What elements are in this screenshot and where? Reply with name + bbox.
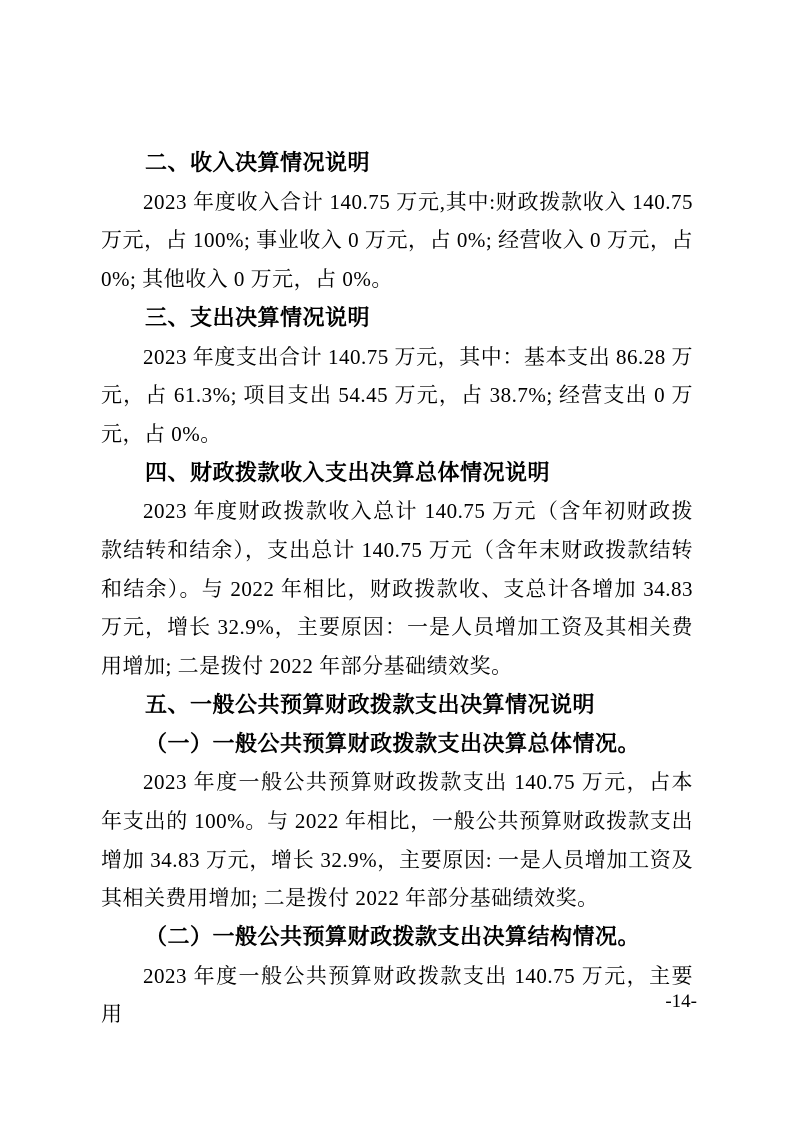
heading-general-budget-expenditure: 五、一般公共预算财政拨款支出决算情况说明 (101, 686, 693, 725)
document-page: 二、收入决算情况说明 2023 年度收入合计 140.75 万元,其中:财政拨款… (0, 0, 793, 1122)
page-number: -14- (665, 991, 697, 1013)
document-body: 二、收入决算情况说明 2023 年度收入合计 140.75 万元,其中:财政拨款… (101, 144, 693, 1034)
heading-fiscal-appropriation-overview: 四、财政拨款收入支出决算总体情况说明 (101, 454, 693, 493)
paragraph-general-budget-structure-intro: 2023 年度一般公共预算财政拨款支出 140.75 万元，主要用 (101, 957, 693, 1034)
subheading-general-budget-structure: （二）一般公共预算财政拨款支出决算结构情况。 (101, 918, 693, 957)
paragraph-expenditure-details: 2023 年度支出合计 140.75 万元，其中：基本支出 86.28 万元，占… (101, 338, 693, 454)
paragraph-income-details: 2023 年度收入合计 140.75 万元,其中:财政拨款收入 140.75 万… (101, 183, 693, 299)
paragraph-general-budget-overall-details: 2023 年度一般公共预算财政拨款支出 140.75 万元，占本年支出的 100… (101, 763, 693, 918)
subheading-general-budget-overall: （一）一般公共预算财政拨款支出决算总体情况。 (101, 725, 693, 764)
paragraph-fiscal-appropriation-details: 2023 年度财政拨款收入总计 140.75 万元（含年初财政拨款结转和结余），… (101, 492, 693, 686)
heading-income-statement: 二、收入决算情况说明 (101, 144, 693, 183)
heading-expenditure-statement: 三、支出决算情况说明 (101, 299, 693, 338)
